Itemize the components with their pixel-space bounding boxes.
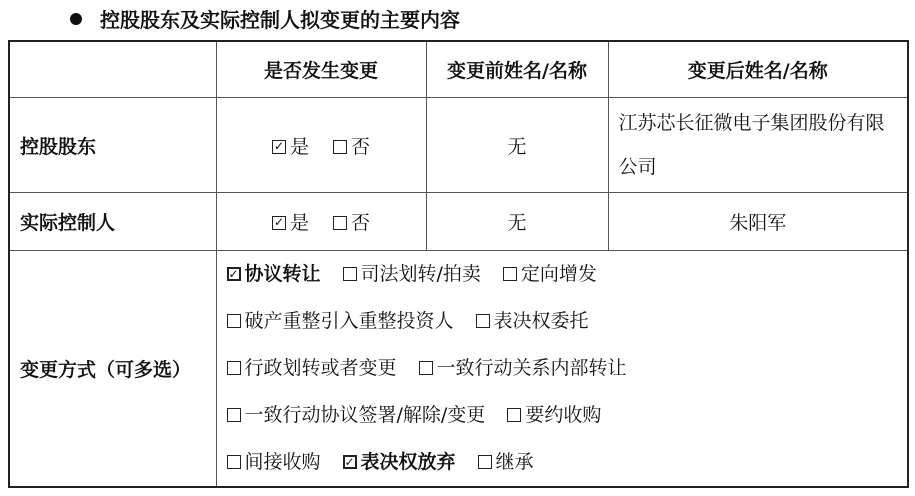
empty-box-icon [503, 267, 517, 281]
checked-box-icon [227, 267, 241, 281]
empty-box-icon [227, 361, 241, 375]
change-options: 是否 [216, 193, 426, 251]
empty-box-icon [476, 314, 490, 328]
after-name: 朱阳军 [608, 193, 908, 251]
no-checkbox[interactable]: 否 [333, 132, 370, 159]
row-label: 控股股东 [9, 98, 216, 193]
no-checkbox[interactable]: 否 [333, 208, 370, 235]
option-indirect-acquisition[interactable]: 间接收购 [227, 439, 321, 486]
empty-box-icon [227, 408, 241, 422]
table-row-controlling-shareholder: 控股股东 是否 无 江苏芯长征微电子集团股份有限公司 [9, 98, 908, 193]
header-after: 变更后姓名/名称 [608, 41, 908, 98]
checked-box-icon [272, 140, 286, 154]
after-name: 江苏芯长征微电子集团股份有限公司 [608, 98, 908, 193]
empty-box-icon [333, 140, 347, 154]
option-voting-waiver[interactable]: 表决权放弃 [343, 439, 456, 486]
method-line-5: 间接收购表决权放弃继承 [227, 439, 898, 486]
empty-box-icon [507, 408, 521, 422]
header-changed: 是否发生变更 [216, 41, 426, 98]
method-options: 协议转让司法划转/拍卖定向增发 破产重整引入重整投资人表决权委托 行政划转或者变… [216, 251, 908, 488]
option-inheritance[interactable]: 继承 [478, 439, 534, 486]
header-empty [9, 41, 216, 98]
method-line-4: 一致行动协议签署/解除/变更要约收购 [227, 392, 898, 439]
option-voting-entrust[interactable]: 表决权委托 [476, 298, 589, 345]
empty-box-icon [478, 455, 492, 469]
table-header-row: 是否发生变更 变更前姓名/名称 变更后姓名/名称 [9, 41, 908, 98]
option-admin-transfer[interactable]: 行政划转或者变更 [227, 345, 397, 392]
empty-box-icon [227, 455, 241, 469]
method-line-1: 协议转让司法划转/拍卖定向增发 [227, 251, 898, 298]
option-agreement-transfer[interactable]: 协议转让 [227, 251, 321, 298]
before-name: 无 [426, 193, 608, 251]
change-options: 是否 [216, 98, 426, 193]
change-table: 是否发生变更 变更前姓名/名称 变更后姓名/名称 控股股东 是否 无 江苏芯长征… [8, 40, 909, 488]
yes-checkbox[interactable]: 是 [272, 208, 309, 235]
heading-text: 控股股东及实际控制人拟变更的主要内容 [100, 8, 460, 32]
section-heading: 控股股东及实际控制人拟变更的主要内容 [70, 6, 460, 34]
empty-box-icon [333, 216, 347, 230]
checked-box-icon [343, 455, 357, 469]
empty-box-icon [343, 267, 357, 281]
empty-box-icon [419, 361, 433, 375]
option-judicial-transfer[interactable]: 司法划转/拍卖 [343, 251, 481, 298]
table-row-actual-controller: 实际控制人 是否 无 朱阳军 [9, 193, 908, 251]
checked-box-icon [272, 216, 286, 230]
option-tender-offer[interactable]: 要约收购 [507, 392, 601, 439]
option-bankruptcy-investor[interactable]: 破产重整引入重整投资人 [227, 298, 454, 345]
before-name: 无 [426, 98, 608, 193]
header-before: 变更前姓名/名称 [426, 41, 608, 98]
option-concert-internal-transfer[interactable]: 一致行动关系内部转让 [419, 345, 627, 392]
option-directed-issuance[interactable]: 定向增发 [503, 251, 597, 298]
table-row-change-method: 变更方式（可多选） 协议转让司法划转/拍卖定向增发 破产重整引入重整投资人表决权… [9, 251, 908, 488]
row-label: 变更方式（可多选） [9, 251, 216, 488]
row-label: 实际控制人 [9, 193, 216, 251]
method-line-3: 行政划转或者变更一致行动关系内部转让 [227, 345, 898, 392]
empty-box-icon [227, 314, 241, 328]
option-concert-agreement[interactable]: 一致行动协议签署/解除/变更 [227, 392, 486, 439]
yes-checkbox[interactable]: 是 [272, 132, 309, 159]
method-line-2: 破产重整引入重整投资人表决权委托 [227, 298, 898, 345]
bullet-icon [70, 13, 82, 25]
